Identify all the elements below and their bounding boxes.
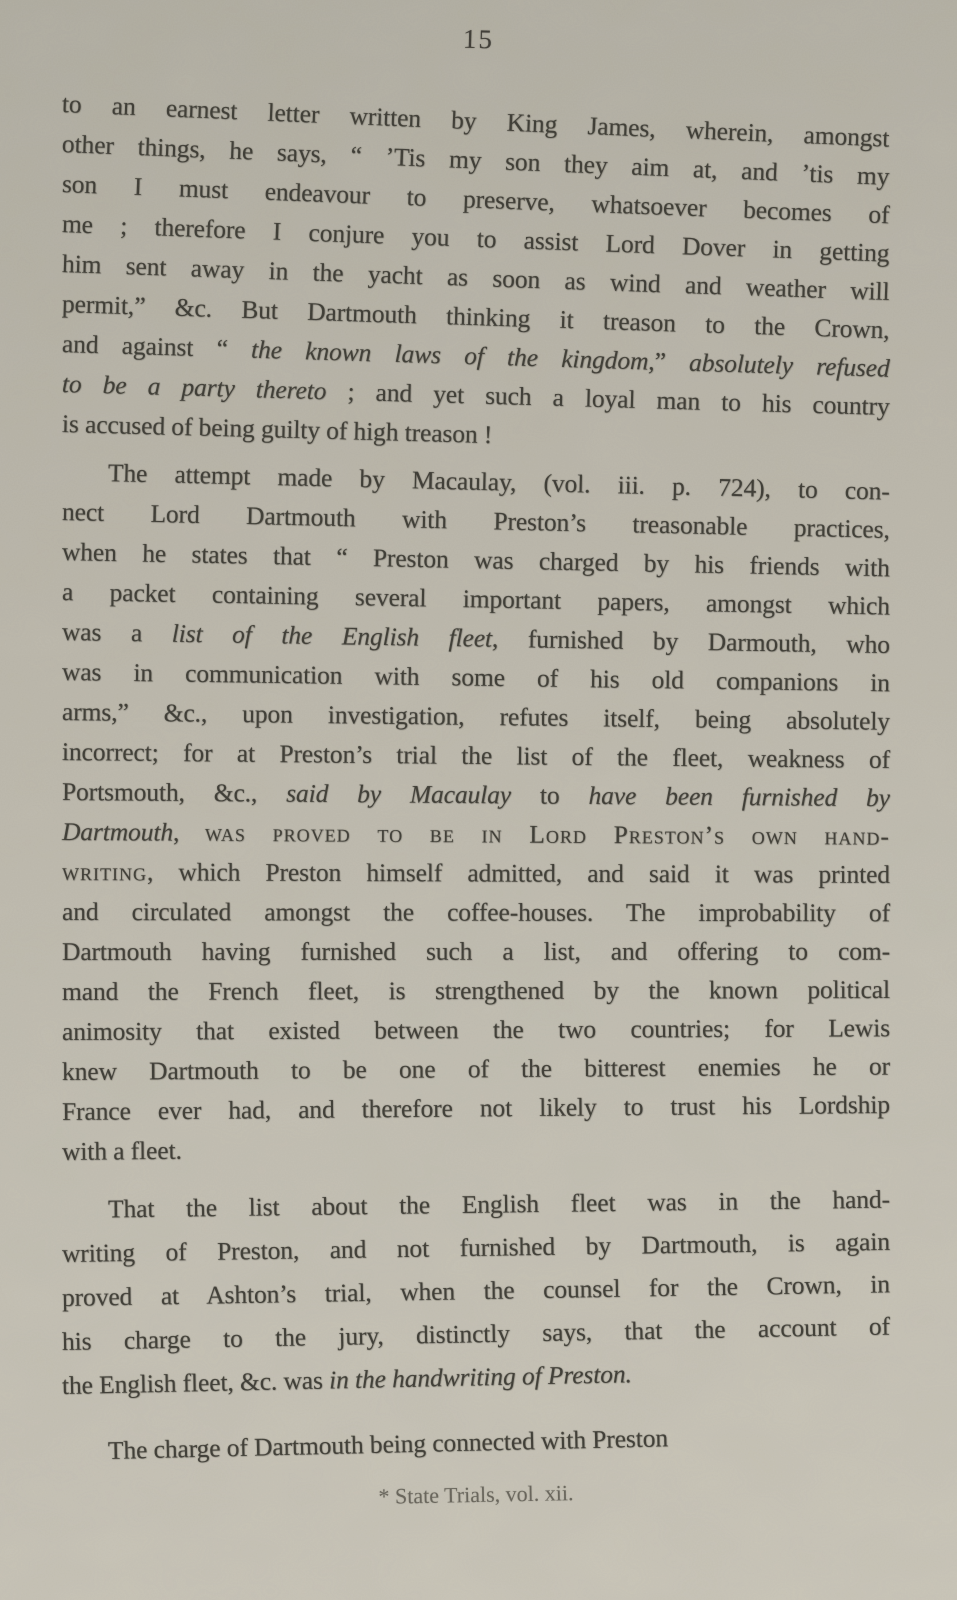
text-run: France ever had, and therefore not likel… — [62, 1090, 890, 1126]
text-run: the English fleet, &c. was — [62, 1366, 330, 1400]
text-line: mand the French fleet, is strengthened b… — [62, 970, 890, 1012]
text-run: , which Preston himself admitted, and sa… — [147, 857, 890, 889]
text-run: Portsmouth, &c., — [62, 777, 286, 808]
page-number: 15 — [0, 11, 957, 67]
italic-text-run: said by Macaulay — [286, 779, 511, 810]
text-line: writing, which Preston himself admitted,… — [62, 852, 890, 895]
book-page-scan: 15 to an earnest letter written by King … — [0, 0, 957, 1600]
text-run: is accused of being guilty of high treas… — [62, 409, 493, 449]
text-run: incorrect; for at Preston’s trial the li… — [62, 737, 890, 774]
italic-text-run: in the handwriting of Preston. — [329, 1359, 632, 1394]
text-run: to — [511, 780, 589, 810]
italic-text-run: have been furnished by — [588, 781, 890, 812]
text-block: to an earnest letter written by King Jam… — [62, 84, 890, 1474]
text-run: proved at Ashton’s trial, when the couns… — [62, 1269, 890, 1312]
text-line: Dartmouth having furnished such a list, … — [62, 932, 890, 972]
text-run: arms,” &c., upon investigation, refutes … — [62, 697, 890, 736]
small-caps-text-run: was proved to be in Lord Preston’s own h… — [205, 818, 890, 851]
text-line: with a fleet. — [62, 1123, 890, 1172]
text-run: writing of Preston, and not furnished by… — [62, 1227, 890, 1268]
text-run: knew Dartmouth to be one of the bitteres… — [62, 1052, 890, 1086]
text-run: Dartmouth having furnished such a list, … — [62, 937, 890, 966]
text-run: That the list about the English fleet wa… — [108, 1185, 890, 1224]
text-run: ” — [654, 347, 689, 377]
text-run: was in communication with some of his ol… — [62, 657, 890, 697]
footnote: * State Trials, vol. xii. — [62, 1474, 890, 1516]
small-caps-text-run: writing — [62, 857, 147, 886]
text-run: and circulated amongst the coffee-houses… — [62, 897, 890, 927]
text-run: , furnished by Darmouth, who — [492, 624, 890, 659]
text-line: The charge of Dartmouth being connected … — [62, 1411, 891, 1474]
italic-text-run: the known laws of the kingdom, — [251, 335, 655, 376]
italic-text-run: Dartmouth — [62, 817, 173, 847]
text-line: animosity that existed between the two c… — [62, 1008, 890, 1052]
text-run: , — [173, 818, 205, 847]
page-content: 15 to an earnest letter written by King … — [0, 0, 957, 1600]
italic-text-run: absolutely refused — [689, 348, 890, 383]
text-line: Dartmouth, was proved to be in Lord Pres… — [62, 812, 890, 857]
text-run: mand the French fleet, is strengthened b… — [62, 975, 890, 1006]
italic-text-run: list of the English fleet — [172, 619, 493, 653]
text-run: with a fleet. — [62, 1136, 182, 1166]
text-run: animosity that existed between the two c… — [62, 1013, 890, 1046]
text-line: Portsmouth, &c., said by Macaulay to hav… — [62, 772, 890, 818]
text-line: and circulated amongst the coffee-houses… — [62, 892, 890, 933]
text-run: was a — [62, 617, 172, 648]
text-run: The charge of Dartmouth being connected … — [108, 1423, 669, 1465]
italic-text-run: to be a party thereto — [62, 369, 327, 405]
text-run: and against “ — [62, 329, 252, 364]
